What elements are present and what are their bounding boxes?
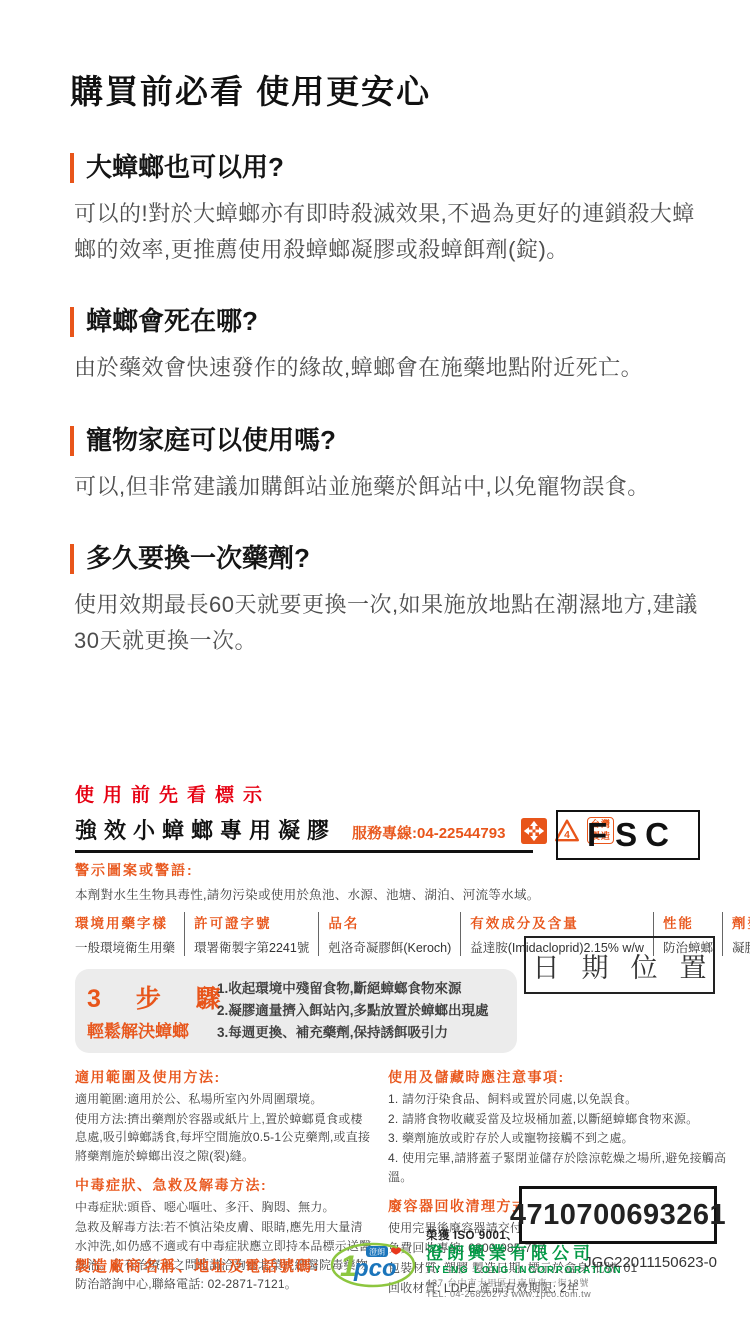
spec-header: 品名 (328, 912, 451, 932)
step-item: 2.凝膠適量擠入餌站內,多點放置於蟑螂出現處 (217, 1000, 489, 1022)
faq-section: 購買前必看 使用更安心 大蟑螂也可以用? 可以的!對於大蟑螂亦有即時殺滅效果,不… (70, 66, 700, 658)
steps-badge: 3 步 驟 輕鬆解決蟑螂 (87, 979, 205, 1042)
spec-value: 一般環境衛生用藥 (75, 938, 175, 956)
spec-header: 環境用藥字樣 (75, 912, 175, 932)
faq-question: 大蟑螂也可以用? (70, 153, 700, 183)
spec-col-drug-type: 環境用藥字樣 一般環境衛生用藥 (75, 912, 184, 956)
faq-question: 蟑螂會死在哪? (70, 307, 700, 337)
page-title: 購買前必看 使用更安心 (70, 66, 700, 113)
note-line: 4. 使用完畢,請將蓋子緊閉並儲存於陰涼乾燥之場所,避免接觸高溫。 (388, 1149, 745, 1187)
warning-text: 本劑對水生生物具毒性,請勿污染或使用於魚池、水源、池塘、湖泊、河流等水域。 (75, 885, 745, 903)
service-hotline: 服務專線:04-22544793 (352, 822, 505, 845)
step-item: 1.收起環境中殘留食物,斷絕蟑螂食物來源 (217, 978, 489, 1000)
barcode-box: 4710700693261 (519, 1186, 717, 1244)
spec-col-license: 許可證字號 環署衛製字第2241號 (184, 912, 318, 956)
note-line: 3. 藥劑施放或貯存於人或寵物接觸不到之處。 (388, 1129, 745, 1148)
pco-logo-icon: 1 pco 澄朗 (330, 1242, 416, 1288)
spec-value: 凝膠餌劑/15公克 (732, 938, 750, 956)
spec-header: 性能 (663, 912, 713, 932)
note-line: 1. 請勿汙染食品、飼料或置於同處,以免誤食。 (388, 1090, 745, 1109)
label-pre-title: 使用前先看標示 (75, 780, 745, 807)
three-steps-box: 3 步 驟 輕鬆解決蟑螂 1.收起環境中殘留食物,斷絕蟑螂食物來源 2.凝膠適量… (75, 969, 517, 1053)
spec-header: 劑型及內容量 (732, 912, 750, 932)
steps-list: 1.收起環境中殘留食物,斷絕蟑螂食物來源 2.凝膠適量擠入餌站內,多點放置於蟑螂… (217, 978, 489, 1044)
document-code: JGC22011150623-0 (519, 1254, 717, 1271)
faq-question: 寵物家庭可以使用嗎? (70, 426, 700, 456)
faq-question: 多久要換一次藥劑? (70, 544, 700, 574)
faq-answer: 由於藥效會快速發作的緣故,蟑螂會在施藥地點附近死亡。 (70, 350, 700, 386)
barcode-number: 4710700693261 (510, 1199, 726, 1232)
svg-text:pco: pco (353, 1255, 397, 1282)
spec-value: 環署衛製字第2241號 (194, 938, 309, 956)
note-line: 2. 請將食物收藏妥當及垃圾桶加蓋,以斷絕蟑螂食物來源。 (388, 1110, 745, 1129)
usage-line: 使用方法:擠出藥劑於容器或紙片上,置於蟑螂覓食或棲息處,吸引蟑螂誘食,每坪空間施… (75, 1110, 372, 1167)
logo-badge-text: 澄朗 (369, 1247, 385, 1257)
steps-badge-bottom: 輕鬆解決蟑螂 (87, 1017, 205, 1042)
product-name: 強效小蟑螂專用凝膠 (75, 814, 336, 845)
company-tel-web: TEL: 04-26820273 www.1pco.com.tw (426, 1290, 622, 1300)
faq-answer: 使用效期最長60天就要更換一次,如果施放地點在潮濕地方,建議30天就更換一次。 (70, 587, 700, 658)
fsc-text: FSC (579, 816, 677, 854)
spec-col-product: 品名 剋洛奇凝膠餌(Keroch) (318, 912, 460, 956)
faq-answer: 可以的!對於大蟑螂亦有即時殺滅效果,不過為更好的連鎖殺大蟑螂的效率,更推薦使用殺… (70, 196, 700, 267)
faq-answer: 可以,但非常建議加購餌站並施藥於餌站中,以免寵物誤食。 (70, 469, 700, 505)
usage-title: 適用範圍及使用方法: (75, 1067, 372, 1087)
poison-title: 中毒症狀、急救及解毒方法: (75, 1175, 372, 1195)
manufacturer-label: 製造廠商名稱、地址及電話號碼: (75, 1255, 320, 1276)
faq-item: 大蟑螂也可以用? 可以的!對於大蟑螂亦有即時殺滅效果,不過為更好的連鎖殺大蟑螂的… (70, 153, 700, 267)
warning-title: 警示圖案或警語: (75, 860, 745, 880)
notes-title: 使用及儲藏時應注意事項: (388, 1067, 745, 1087)
product-label-section: 使用前先看標示 強效小蟑螂專用凝膠 服務專線:04-22544793 (0, 780, 750, 1327)
step-item: 3.每週更換、補充藥劑,保持誘餌吸引力 (217, 1022, 489, 1044)
usage-line: 適用範圍:適用於公、私場所室內外周圍環境。 (75, 1090, 372, 1109)
spec-value: 剋洛奇凝膠餌(Keroch) (328, 938, 451, 956)
date-location-text: 日期位置 (511, 946, 729, 985)
poison-line: 中毒症狀:頭昏、噁心嘔吐、多汗、胸悶、無力。 (75, 1198, 372, 1217)
spec-header: 有效成分及含量 (470, 912, 644, 932)
fsc-mark-box: FSC (556, 810, 700, 860)
date-location-box: 日期位置 (524, 936, 715, 994)
header-divider (75, 850, 533, 853)
faq-item: 寵物家庭可以使用嗎? 可以,但非常建議加購餌站並施藥於餌站中,以免寵物誤食。 (70, 426, 700, 505)
company-address: 437 台中市大甲區日南里東一街18號 (426, 1279, 622, 1289)
faq-item: 多久要換一次藥劑? 使用效期最長60天就要更換一次,如果施放地點在潮濕地方,建議… (70, 544, 700, 658)
steps-badge-top: 3 步 驟 (87, 979, 205, 1015)
faq-item: 蟑螂會死在哪? 由於藥效會快速發作的緣故,蟑螂會在施藥地點附近死亡。 (70, 307, 700, 386)
taiwan-recycling-icon (521, 818, 547, 844)
spec-header: 許可證字號 (194, 912, 309, 932)
page: 購買前必看 使用更安心 大蟑螂也可以用? 可以的!對於大蟑螂亦有即時殺滅效果,不… (0, 0, 750, 1327)
